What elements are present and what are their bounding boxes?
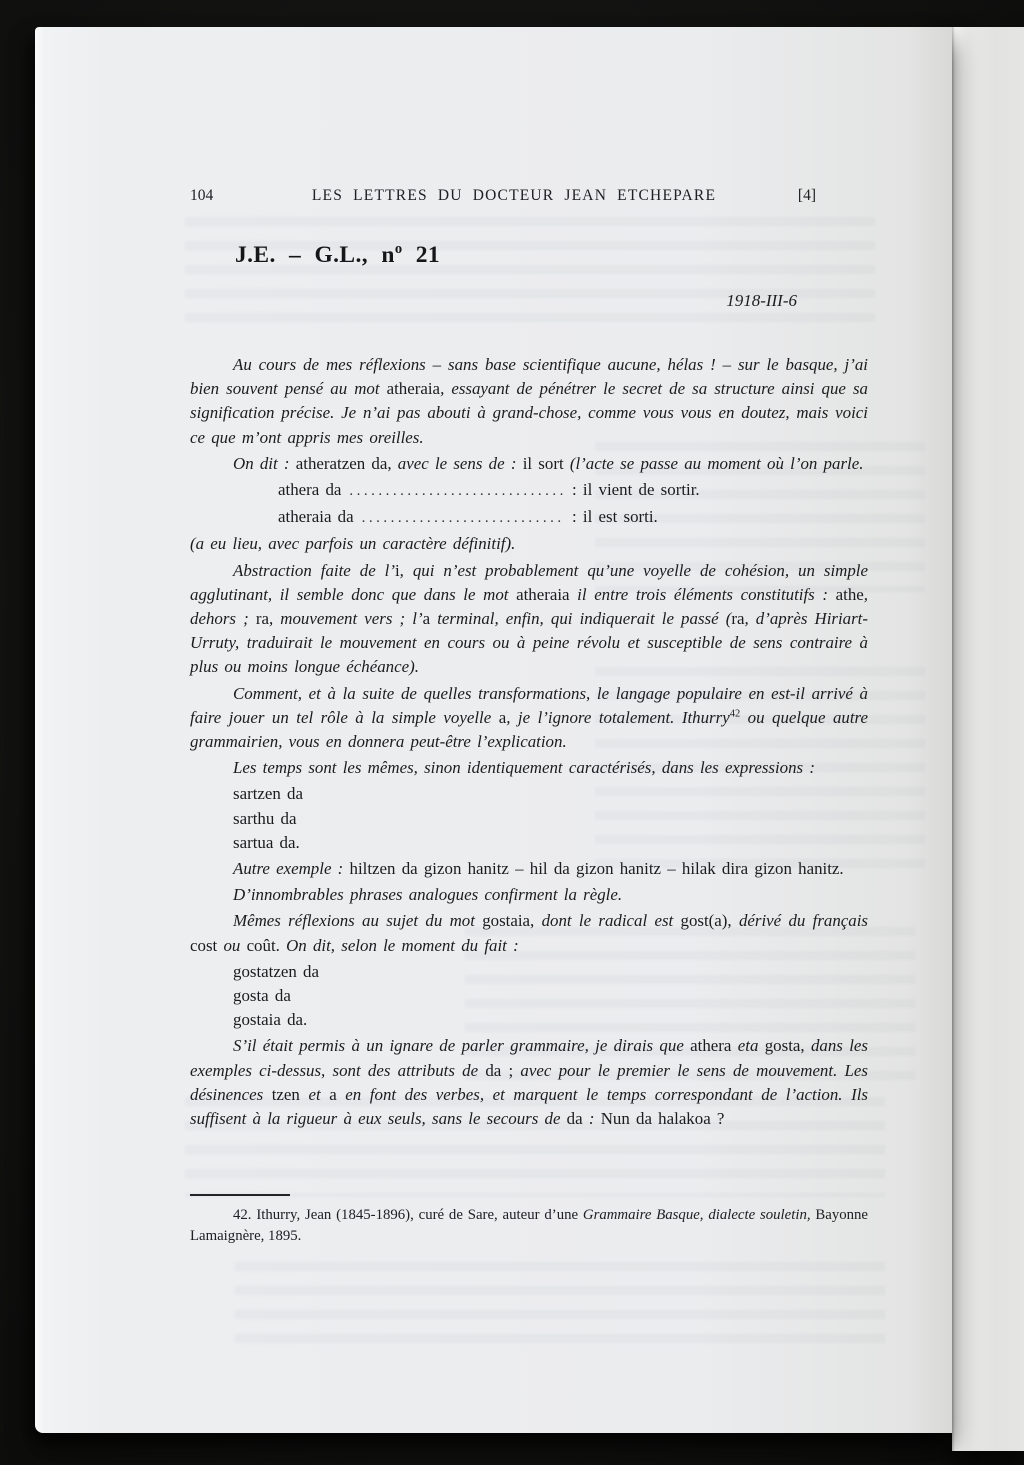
example-line: sartzen da: [233, 782, 868, 806]
bleed-through-texture: [235, 1262, 885, 1352]
letter-body: Au cours de mes réflexions – sans base s…: [190, 353, 868, 1131]
example-line: gostaia da.: [233, 1008, 868, 1032]
footnote-block: 42. Ithurry, Jean (1845-1896), curé de S…: [190, 1194, 868, 1247]
book-page: 104 LES LETTRES DU DOCTEUR JEAN ETCHEPAR…: [35, 27, 952, 1433]
bleed-through-texture: [185, 217, 875, 332]
example-line: gosta da: [233, 984, 868, 1008]
paragraph-comment: Comment, et à la suite de quelles transf…: [190, 682, 868, 755]
paragraph-autre-exemple: Autre exemple : hiltzen da gizon hanitz …: [190, 857, 868, 881]
definition-text: : il est sorti.: [572, 505, 658, 530]
paragraph-parenthesis: (a eu lieu, avec parfois un caractère dé…: [190, 532, 868, 556]
basque-term: atheraia da: [278, 505, 354, 529]
footnote: 42. Ithurry, Jean (1845-1896), curé de S…: [190, 1205, 868, 1247]
bracket-issue-number: [4]: [798, 187, 816, 205]
conjugation-list-gosta: gostatzen da gosta da gostaia da.: [233, 960, 868, 1033]
conjugation-list-sartu: sartzen da sarthu da sartua da.: [233, 782, 868, 855]
paragraph-on-dit: On dit : atheratzen da, avec le sens de …: [190, 452, 868, 476]
running-title: LES LETTRES DU DOCTEUR JEAN ETCHEPARE: [250, 187, 778, 205]
paragraph-au-cours: Au cours de mes réflexions – sans base s…: [190, 353, 868, 450]
paragraph-memes-reflexions: Mêmes réflexions au sujet du mot gostaia…: [190, 909, 868, 957]
definition-text: : il vient de sortir.: [572, 478, 700, 503]
example-line: sartua da.: [233, 831, 868, 855]
page-header: 104 LES LETTRES DU DOCTEUR JEAN ETCHEPAR…: [190, 187, 868, 209]
paragraph-abstraction: Abstraction faite de l’i, qui n’est prob…: [190, 559, 868, 680]
example-line: gostatzen da: [233, 960, 868, 984]
basque-term: athera da: [278, 478, 341, 502]
example-line: sarthu da: [233, 807, 868, 831]
dot-leader: ........................................…: [362, 506, 565, 530]
page-number: 104: [190, 187, 213, 205]
letter-title: J.E. – G.L., no 21: [235, 242, 440, 269]
definition-line: atheraia da.............................…: [278, 505, 868, 530]
paragraph-les-temps: Les temps sont les mêmes, sinon identiqu…: [190, 756, 868, 780]
next-page-edge: [952, 27, 1024, 1451]
dot-leader: ........................................…: [349, 479, 565, 503]
letter-date: 1918-III-6: [190, 291, 868, 311]
footnote-rule: [190, 1194, 290, 1196]
paragraph-innombrables: D’innombrables phrases analogues confirm…: [190, 883, 868, 907]
definition-line: athera da...............................…: [278, 478, 868, 503]
paragraph-sil-etait-permis: S’il était permis à un ignare de parler …: [190, 1034, 868, 1131]
